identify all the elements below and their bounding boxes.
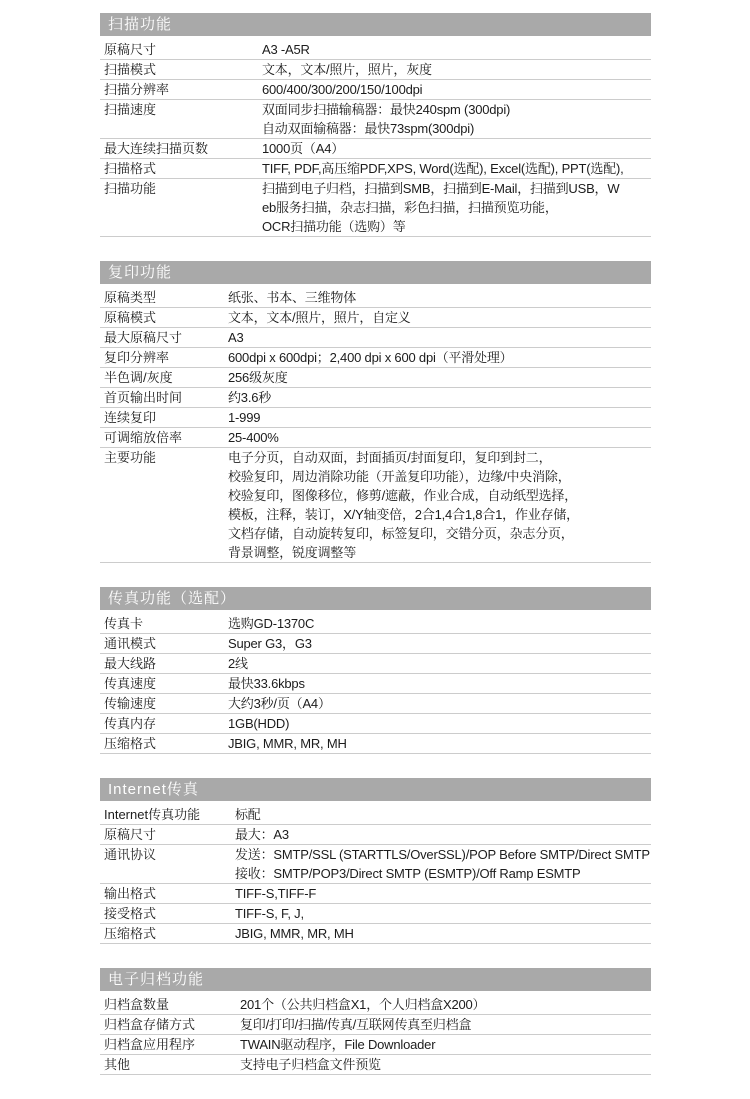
spec-section: 扫描功能原稿尺寸A3 -A5R扫描模式文本，文本/照片，照片，灰度扫描分辨率60…	[100, 13, 651, 237]
spec-label: 扫描速度	[100, 100, 262, 119]
spec-value: 电子分页，自动双面，封面插页/封面复印，复印到封二， 校验复印，周边消除功能（开…	[228, 448, 651, 562]
spec-label: 扫描功能	[100, 179, 262, 198]
spec-row: 原稿模式文本，文本/照片，照片，自定义	[100, 308, 651, 328]
spec-value: 最大：A3	[235, 825, 651, 844]
spec-value: 2线	[228, 654, 651, 673]
spec-label: 复印分辨率	[100, 348, 228, 367]
spec-label: 首页输出时间	[100, 388, 228, 407]
spec-value: 1-999	[228, 408, 651, 427]
spec-row: 原稿类型纸张、书本、三维物体	[100, 288, 651, 308]
spec-row: 输出格式TIFF-S,TIFF-F	[100, 884, 651, 904]
spec-label: 连续复印	[100, 408, 228, 427]
spec-value: 发送：SMTP/SSL (STARTTLS/OverSSL)/POP Befor…	[235, 845, 651, 883]
spec-row: 通讯模式Super G3，G3	[100, 634, 651, 654]
spec-label: 原稿尺寸	[100, 825, 235, 844]
section-header: Internet传真	[100, 778, 651, 801]
spec-row: 主要功能电子分页，自动双面，封面插页/封面复印，复印到封二， 校验复印，周边消除…	[100, 448, 651, 563]
spec-value: 256级灰度	[228, 368, 651, 387]
spec-label: 原稿类型	[100, 288, 228, 307]
spec-row: 原稿尺寸A3 -A5R	[100, 40, 651, 60]
spec-row: 最大原稿尺寸A3	[100, 328, 651, 348]
spec-row: 最大线路2线	[100, 654, 651, 674]
spec-label: 原稿尺寸	[100, 40, 262, 59]
spec-row: 接受格式TIFF-S, F, J,	[100, 904, 651, 924]
spec-value: 复印/打印/扫描/传真/互联网传真至归档盒	[240, 1015, 651, 1034]
spec-value: 600/400/300/200/150/100dpi	[262, 80, 651, 99]
spec-row: 半色调/灰度256级灰度	[100, 368, 651, 388]
spec-row: 传真内存1GB(HDD)	[100, 714, 651, 734]
spec-section: Internet传真Internet传真功能标配原稿尺寸最大：A3通讯协议发送：…	[100, 778, 651, 944]
spec-label: 最大线路	[100, 654, 228, 673]
spec-label: 压缩格式	[100, 734, 228, 753]
spec-label: 通讯模式	[100, 634, 228, 653]
spec-value: 25-400%	[228, 428, 651, 447]
spec-label: 其他	[100, 1055, 240, 1074]
spec-label: 归档盒数量	[100, 995, 240, 1014]
spec-value: 支持电子归档盒文件预览	[240, 1055, 651, 1074]
spec-value: TIFF, PDF,高压缩PDF,XPS, Word(选配), Excel(选配…	[262, 159, 651, 178]
spec-label: 可调缩放倍率	[100, 428, 228, 447]
spec-section: 电子归档功能归档盒数量201个（公共归档盒X1，个人归档盒X200）归档盒存储方…	[100, 968, 651, 1075]
spec-value: 600dpi x 600dpi；2,400 dpi x 600 dpi（平滑处理…	[228, 348, 651, 367]
spec-row: 扫描分辨率600/400/300/200/150/100dpi	[100, 80, 651, 100]
spec-value: 约3.6秒	[228, 388, 651, 407]
spec-value: 选购GD-1370C	[228, 614, 651, 633]
section-header: 扫描功能	[100, 13, 651, 36]
section-header: 传真功能（选配）	[100, 587, 651, 610]
spec-row: 归档盒应用程序TWAIN驱动程序，File Downloader	[100, 1035, 651, 1055]
spec-label: 传真速度	[100, 674, 228, 693]
spec-value: 扫描到电子归档，扫描到SMB，扫描到E-Mail，扫描到USB，W eb服务扫描…	[262, 179, 651, 236]
spec-value: TIFF-S, F, J,	[235, 904, 651, 923]
spec-label: 传输速度	[100, 694, 228, 713]
spec-row: 其他支持电子归档盒文件预览	[100, 1055, 651, 1075]
spec-value: 大约3秒/页（A4）	[228, 694, 651, 713]
spec-row: 传真卡选购GD-1370C	[100, 614, 651, 634]
spec-label: Internet传真功能	[100, 805, 235, 824]
section-header: 复印功能	[100, 261, 651, 284]
spec-value: JBIG, MMR, MR, MH	[235, 924, 651, 943]
spec-label: 主要功能	[100, 448, 228, 467]
spec-value: A3	[228, 328, 651, 347]
spec-label: 接受格式	[100, 904, 235, 923]
spec-sheet: 扫描功能原稿尺寸A3 -A5R扫描模式文本，文本/照片，照片，灰度扫描分辨率60…	[100, 13, 651, 1099]
spec-row: 首页输出时间约3.6秒	[100, 388, 651, 408]
spec-label: 归档盒应用程序	[100, 1035, 240, 1054]
spec-row: 原稿尺寸最大：A3	[100, 825, 651, 845]
spec-row: 扫描格式TIFF, PDF,高压缩PDF,XPS, Word(选配), Exce…	[100, 159, 651, 179]
spec-value: 201个（公共归档盒X1，个人归档盒X200）	[240, 995, 651, 1014]
spec-value: 标配	[235, 805, 651, 824]
spec-label: 扫描格式	[100, 159, 262, 178]
spec-row: 扫描速度双面同步扫描输稿器：最快240spm (300dpi) 自动双面输稿器：…	[100, 100, 651, 139]
spec-value: 1000页（A4）	[262, 139, 651, 158]
spec-value: 最快33.6kbps	[228, 674, 651, 693]
spec-section: 复印功能原稿类型纸张、书本、三维物体原稿模式文本，文本/照片，照片，自定义最大原…	[100, 261, 651, 563]
spec-row: 压缩格式JBIG, MMR, MR, MH	[100, 924, 651, 944]
spec-value: 文本，文本/照片，照片，自定义	[228, 308, 651, 327]
spec-label: 原稿模式	[100, 308, 228, 327]
spec-row: 压缩格式JBIG, MMR, MR, MH	[100, 734, 651, 754]
spec-value: 文本，文本/照片，照片，灰度	[262, 60, 651, 79]
spec-label: 最大原稿尺寸	[100, 328, 228, 347]
spec-row: 扫描模式文本，文本/照片，照片，灰度	[100, 60, 651, 80]
spec-label: 半色调/灰度	[100, 368, 228, 387]
spec-label: 压缩格式	[100, 924, 235, 943]
spec-value: TWAIN驱动程序，File Downloader	[240, 1035, 651, 1054]
spec-section: 传真功能（选配）传真卡选购GD-1370C通讯模式Super G3，G3最大线路…	[100, 587, 651, 754]
spec-row: 归档盒存储方式复印/打印/扫描/传真/互联网传真至归档盒	[100, 1015, 651, 1035]
spec-row: 最大连续扫描页数1000页（A4）	[100, 139, 651, 159]
spec-row: 可调缩放倍率25-400%	[100, 428, 651, 448]
spec-value: Super G3，G3	[228, 634, 651, 653]
spec-label: 传真卡	[100, 614, 228, 633]
spec-row: 归档盒数量201个（公共归档盒X1，个人归档盒X200）	[100, 995, 651, 1015]
spec-label: 扫描模式	[100, 60, 262, 79]
section-header: 电子归档功能	[100, 968, 651, 991]
spec-label: 传真内存	[100, 714, 228, 733]
spec-row: 传真速度最快33.6kbps	[100, 674, 651, 694]
spec-label: 归档盒存储方式	[100, 1015, 240, 1034]
spec-value: 1GB(HDD)	[228, 714, 651, 733]
spec-value: A3 -A5R	[262, 40, 651, 59]
spec-row: 通讯协议发送：SMTP/SSL (STARTTLS/OverSSL)/POP B…	[100, 845, 651, 884]
spec-label: 最大连续扫描页数	[100, 139, 262, 158]
spec-row: 扫描功能扫描到电子归档，扫描到SMB，扫描到E-Mail，扫描到USB，W eb…	[100, 179, 651, 237]
spec-value: JBIG, MMR, MR, MH	[228, 734, 651, 753]
spec-label: 扫描分辨率	[100, 80, 262, 99]
spec-value: 双面同步扫描输稿器：最快240spm (300dpi) 自动双面输稿器：最快73…	[262, 100, 651, 138]
spec-row: 连续复印1-999	[100, 408, 651, 428]
spec-row: 传输速度大约3秒/页（A4）	[100, 694, 651, 714]
spec-label: 输出格式	[100, 884, 235, 903]
spec-value: 纸张、书本、三维物体	[228, 288, 651, 307]
spec-row: Internet传真功能标配	[100, 805, 651, 825]
spec-label: 通讯协议	[100, 845, 235, 864]
spec-row: 复印分辨率600dpi x 600dpi；2,400 dpi x 600 dpi…	[100, 348, 651, 368]
spec-value: TIFF-S,TIFF-F	[235, 884, 651, 903]
